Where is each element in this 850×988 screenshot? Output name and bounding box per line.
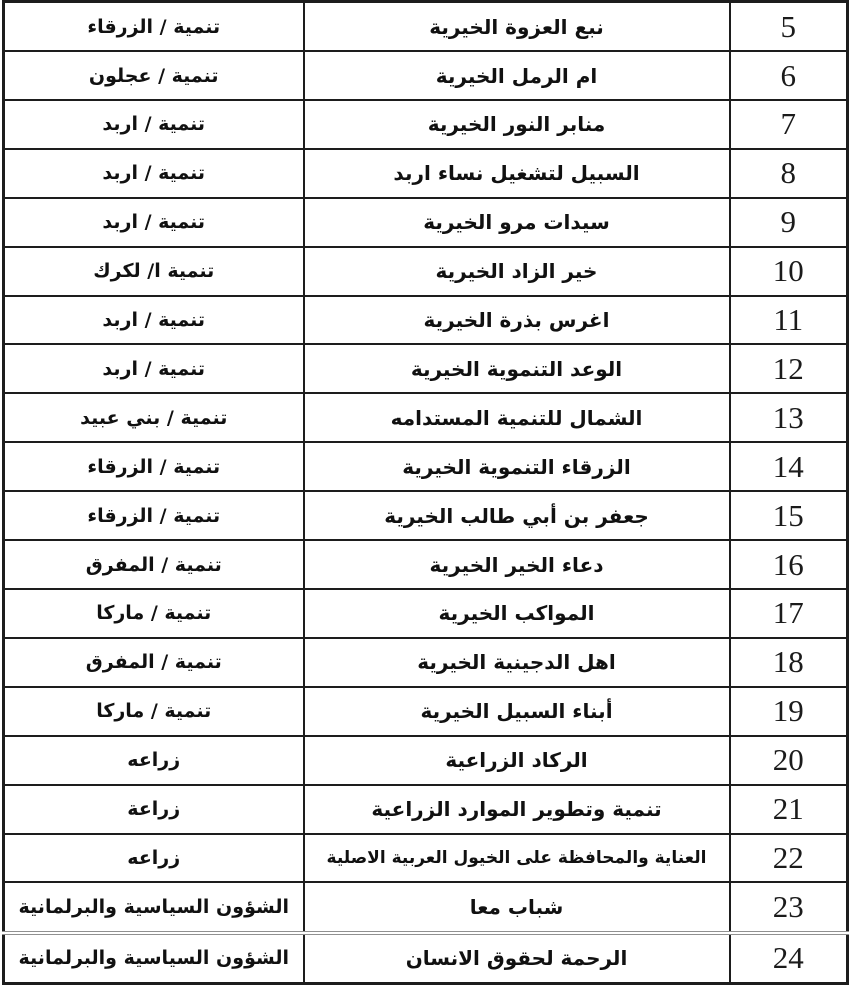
row-number-cell: 7 <box>730 100 848 149</box>
table-row: 6 ام الرمل الخيرية تنمية / عجلون <box>4 51 848 100</box>
row-number-cell: 19 <box>730 687 848 736</box>
org-name-cell: تنمية وتطوير الموارد الزراعية <box>304 785 730 834</box>
org-name-cell: سيدات مرو الخيرية <box>304 198 730 247</box>
category-cell: زراعه <box>4 736 304 785</box>
category-cell: تنمية / الزرقاء <box>4 491 304 540</box>
row-number-cell: 24 <box>730 933 848 984</box>
category-cell: الشؤون السياسية والبرلمانية <box>4 882 304 932</box>
row-number-cell: 13 <box>730 393 848 442</box>
category-cell: تنمية / بني عبيد <box>4 393 304 442</box>
row-number-cell: 22 <box>730 834 848 883</box>
table-row: 20 الركاد الزراعية زراعه <box>4 736 848 785</box>
category-cell: زراعة <box>4 785 304 834</box>
row-number-cell: 21 <box>730 785 848 834</box>
row-number-cell: 15 <box>730 491 848 540</box>
row-number-cell: 11 <box>730 296 848 345</box>
table-row: 8 السبيل لتشغيل نساء اربد تنمية / اربد <box>4 149 848 198</box>
org-name-cell: أبناء السبيل الخيرية <box>304 687 730 736</box>
category-cell: تنمية / اربد <box>4 344 304 393</box>
org-name-cell: الشمال للتنمية المستدامه <box>304 393 730 442</box>
row-number-cell: 23 <box>730 882 848 932</box>
org-name-cell: اغرس بذرة الخيرية <box>304 296 730 345</box>
scanned-document-page: 5 نبع العزوة الخيرية تنمية / الزرقاء 6 ا… <box>0 0 850 988</box>
row-number-cell: 6 <box>730 51 848 100</box>
row-number-cell: 10 <box>730 247 848 296</box>
org-name-cell: السبيل لتشغيل نساء اربد <box>304 149 730 198</box>
category-cell: تنمية / الزرقاء <box>4 2 304 52</box>
category-cell: زراعه <box>4 834 304 883</box>
row-number-cell: 20 <box>730 736 848 785</box>
table-row: 15 جعفر بن أبي طالب الخيرية تنمية / الزر… <box>4 491 848 540</box>
category-cell: تنمية / اربد <box>4 149 304 198</box>
row-number-cell: 8 <box>730 149 848 198</box>
table-row: 9 سيدات مرو الخيرية تنمية / اربد <box>4 198 848 247</box>
row-number-cell: 16 <box>730 540 848 589</box>
row-number-cell: 9 <box>730 198 848 247</box>
org-name-cell: ام الرمل الخيرية <box>304 51 730 100</box>
table-row: 18 اهل الدجينية الخيرية تنمية / المفرق <box>4 638 848 687</box>
category-cell: تنمية / اربد <box>4 198 304 247</box>
category-cell: تنمية / عجلون <box>4 51 304 100</box>
table-row: 5 نبع العزوة الخيرية تنمية / الزرقاء <box>4 2 848 52</box>
category-cell: تنمية / اربد <box>4 296 304 345</box>
organizations-table: 5 نبع العزوة الخيرية تنمية / الزرقاء 6 ا… <box>2 0 849 985</box>
category-cell: تنمية ا/ لكرك <box>4 247 304 296</box>
org-name-cell: شباب معا <box>304 882 730 932</box>
table-row: 12 الوعد التنموية الخيرية تنمية / اربد <box>4 344 848 393</box>
row-number-cell: 18 <box>730 638 848 687</box>
org-name-cell: الركاد الزراعية <box>304 736 730 785</box>
org-name-cell: منابر النور الخيرية <box>304 100 730 149</box>
table-row: 24 الرحمة لحقوق الانسان الشؤون السياسية … <box>4 933 848 984</box>
table-row: 7 منابر النور الخيرية تنمية / اربد <box>4 100 848 149</box>
org-name-cell: الرحمة لحقوق الانسان <box>304 933 730 984</box>
org-name-cell: الوعد التنموية الخيرية <box>304 344 730 393</box>
org-name-cell: دعاء الخير الخيرية <box>304 540 730 589</box>
category-cell: تنمية / ماركا <box>4 687 304 736</box>
table-row: 23 شباب معا الشؤون السياسية والبرلمانية <box>4 882 848 932</box>
row-number-cell: 5 <box>730 2 848 52</box>
table-row: 16 دعاء الخير الخيرية تنمية / المفرق <box>4 540 848 589</box>
category-cell: تنمية / ماركا <box>4 589 304 638</box>
org-name-cell: نبع العزوة الخيرية <box>304 2 730 52</box>
table-row: 19 أبناء السبيل الخيرية تنمية / ماركا <box>4 687 848 736</box>
row-number-cell: 14 <box>730 442 848 491</box>
table-row: 17 المواكب الخيرية تنمية / ماركا <box>4 589 848 638</box>
category-cell: تنمية / اربد <box>4 100 304 149</box>
table-row: 21 تنمية وتطوير الموارد الزراعية زراعة <box>4 785 848 834</box>
table-row: 13 الشمال للتنمية المستدامه تنمية / بني … <box>4 393 848 442</box>
table-row: 11 اغرس بذرة الخيرية تنمية / اربد <box>4 296 848 345</box>
org-name-cell: المواكب الخيرية <box>304 589 730 638</box>
row-number-cell: 12 <box>730 344 848 393</box>
org-name-cell: اهل الدجينية الخيرية <box>304 638 730 687</box>
category-cell: تنمية / المفرق <box>4 638 304 687</box>
row-number-cell: 17 <box>730 589 848 638</box>
org-name-cell: العناية والمحافظة على الخيول العربية الا… <box>304 834 730 883</box>
category-cell: تنمية / الزرقاء <box>4 442 304 491</box>
org-name-cell: خير الزاد الخيرية <box>304 247 730 296</box>
category-cell: الشؤون السياسية والبرلمانية <box>4 933 304 984</box>
table-row: 14 الزرقاء التنموية الخيرية تنمية / الزر… <box>4 442 848 491</box>
category-cell: تنمية / المفرق <box>4 540 304 589</box>
org-name-cell: الزرقاء التنموية الخيرية <box>304 442 730 491</box>
table-row: 22 العناية والمحافظة على الخيول العربية … <box>4 834 848 883</box>
org-name-cell: جعفر بن أبي طالب الخيرية <box>304 491 730 540</box>
table-row: 10 خير الزاد الخيرية تنمية ا/ لكرك <box>4 247 848 296</box>
